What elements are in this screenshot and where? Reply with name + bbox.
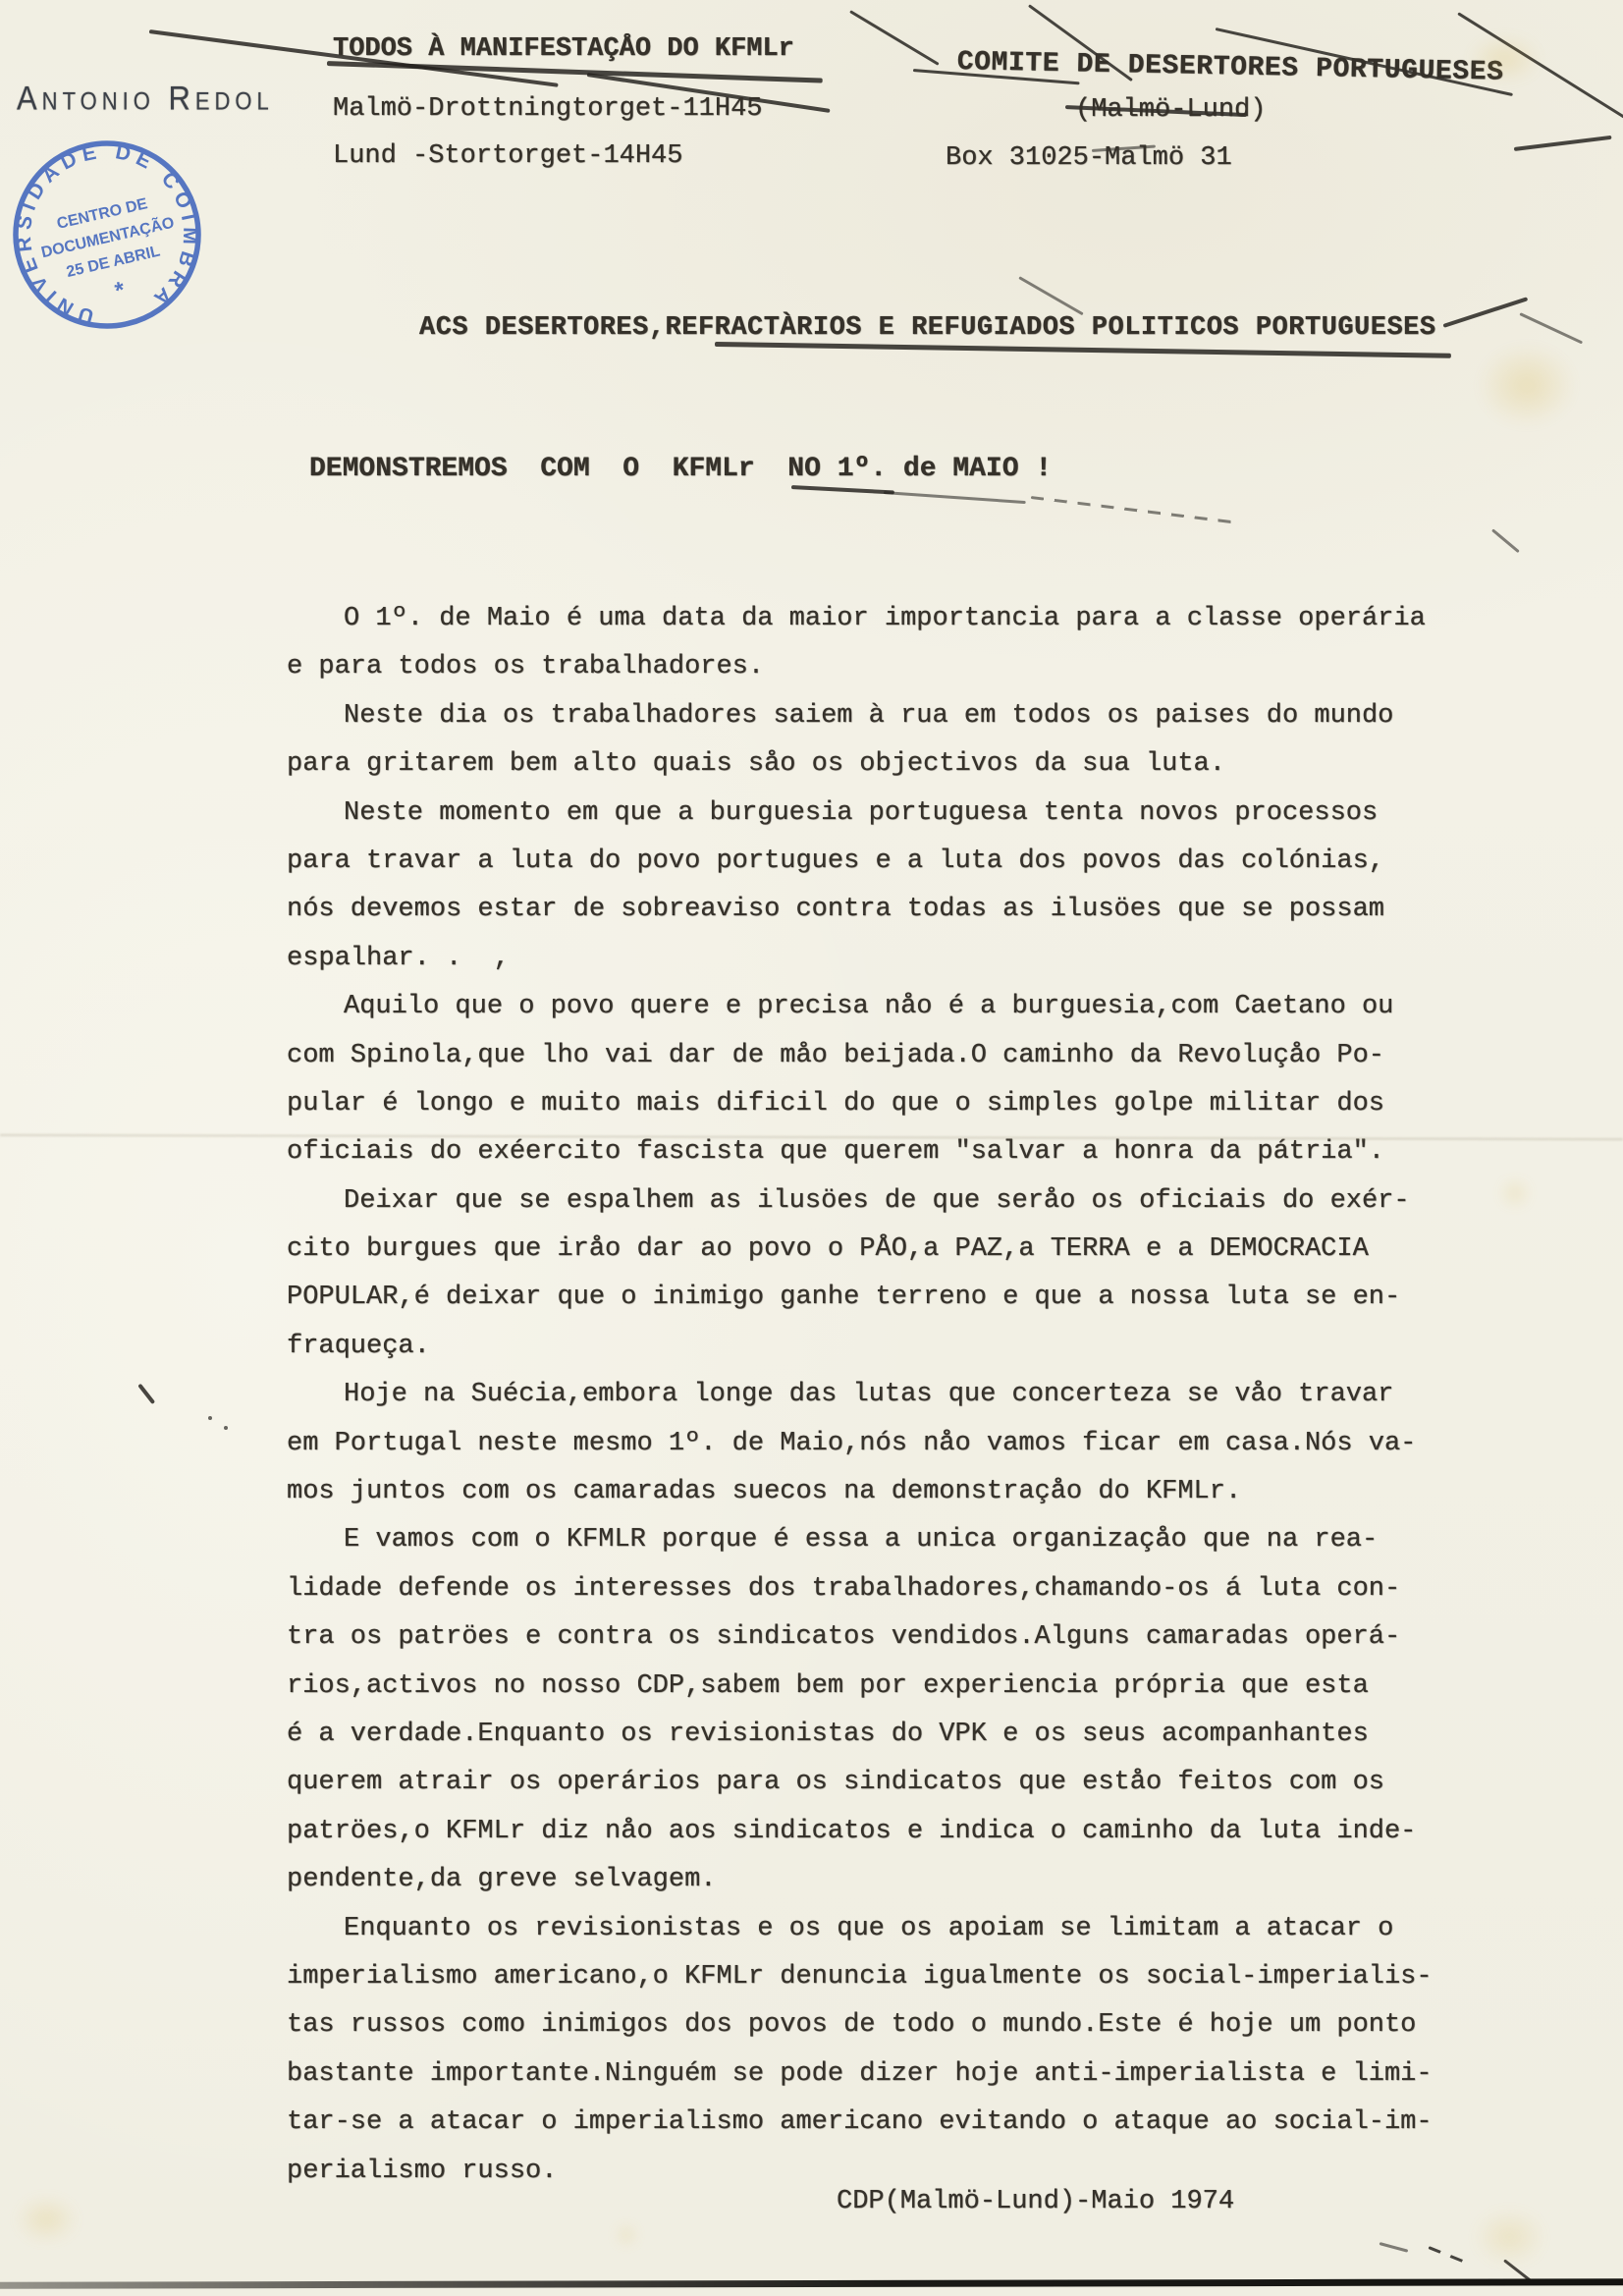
body-line: cito burgues que iråo dar ao povo o PÅO,… <box>287 1226 1524 1274</box>
stain <box>15 2195 79 2244</box>
body-line: O 1º. de Maio é uma data da maior import… <box>287 595 1524 643</box>
stain <box>1468 34 1542 83</box>
body-line: Enquanto os revisionistas e os que os ap… <box>287 1905 1524 1953</box>
campaign-title: TODOS À MANIFESTAÇÅO DO KFMLr <box>333 33 794 65</box>
body-line: lidade defende os interesses dos trabalh… <box>287 1565 1524 1613</box>
body-line: Neste dia os trabalhadores saiem à rua e… <box>287 692 1524 740</box>
body-line: para gritarem bem alto quais såo os obje… <box>287 740 1524 789</box>
body-line: Deixar que se espalhem as ilusöes de que… <box>287 1177 1524 1226</box>
subheading-underline <box>791 485 894 494</box>
scratch-mark <box>1514 136 1612 151</box>
body-line: POPULAR,é deixar que o inimigo ganhe ter… <box>287 1274 1524 1322</box>
body-line: tra os patröes e contra os sindicatos ve… <box>287 1613 1524 1662</box>
stamp-center-asterisk: * <box>113 277 129 305</box>
committee-name: COMITE DE DESERTORES PORTUGUESES <box>956 47 1503 89</box>
body-line: fraqueça. <box>287 1323 1524 1371</box>
body-line: Neste momento em que a burguesia portugu… <box>287 790 1524 838</box>
scanned-leaflet-page: Antonio Redol UNIVERSIDADE DE COIMBRA CE… <box>0 0 1623 2296</box>
scratch-mark <box>1031 496 1236 523</box>
stain <box>617 2225 636 2245</box>
body-text: O 1º. de Maio é uma data da maior import… <box>287 595 1524 2196</box>
stain <box>1500 1178 1530 1208</box>
body-line: para travar a luta do povo portugues e a… <box>287 838 1524 886</box>
body-line: pular é longo e muito mais dificil do qu… <box>287 1080 1524 1128</box>
body-line: querem atrair os operários para os sindi… <box>287 1759 1524 1807</box>
body-line: Aquilo que o povo quere e precisa nåo é … <box>287 983 1524 1031</box>
body-line: em Portugal neste mesmo 1º. de Maio,nós … <box>287 1420 1524 1468</box>
stain <box>1478 344 1576 427</box>
body-line: tas russos como inimigos dos povos de to… <box>287 2001 1524 2050</box>
body-line: patröes,o KFMLr diz nåo aos sindicatos e… <box>287 1808 1524 1856</box>
scratch-mark <box>1380 2242 1409 2252</box>
ink-dot <box>224 1426 228 1430</box>
body-line: bastante importante.Ninguém se pode dize… <box>287 2050 1524 2099</box>
body-line: e para todos os trabalhadores. <box>287 643 1524 691</box>
scratch-mark <box>849 10 939 65</box>
body-line: imperialismo americano,o KFMLr denuncia … <box>287 1953 1524 2001</box>
archive-round-stamp: UNIVERSIDADE DE COIMBRA CENTRO DE DOCUME… <box>8 128 206 342</box>
body-line: tar-se a atacar o imperialismo americano… <box>287 2099 1524 2147</box>
heading-underline <box>715 342 1451 358</box>
campaign-venue-2: Lund -Stortorget-14H45 <box>333 140 682 172</box>
bottom-scan-edge <box>0 2278 1623 2288</box>
signature-line: CDP(Malmö-Lund)-Maio 1974 <box>837 2186 1234 2217</box>
body-line: espalhar. . , <box>287 935 1524 983</box>
body-line: E vamos com o KFMLR porque é essa a unic… <box>287 1516 1524 1564</box>
owner-name-stamp: Antonio Redol <box>17 79 274 118</box>
body-line: mos juntos com os camaradas suecos na de… <box>287 1468 1524 1516</box>
scratch-mark <box>138 1384 156 1404</box>
scratch-mark <box>1428 2246 1467 2265</box>
ink-dot <box>208 1416 212 1420</box>
scratch-mark <box>1018 276 1083 315</box>
body-line: rios,activos no nosso CDP,sabem bem por … <box>287 1663 1524 1711</box>
scratch-mark <box>1442 297 1528 327</box>
body-line: nós devemos estar de sobreaviso contra t… <box>287 886 1524 934</box>
page-subheading: DEMONSTREMOS COM O KFMLr NO 1º. de MAIO … <box>309 454 1052 485</box>
committee-location: (Malmö-Lund) <box>1075 94 1266 126</box>
stain <box>1473 2208 1546 2267</box>
scratch-mark <box>884 491 1026 504</box>
scratch-mark <box>1491 528 1520 553</box>
campaign-venue-1: Malmö-Drottningtorget-11H45 <box>333 93 762 125</box>
body-line: com Spinola,que lho vai dar de måo beija… <box>287 1032 1524 1080</box>
committee-address: Box 31025-Malmö 31 <box>946 142 1232 174</box>
page-heading: ACS DESERTORES,REFRACTÀRIOS E REFUGIADOS… <box>419 312 1436 344</box>
body-line: é a verdade.Enquanto os revisionistas do… <box>287 1711 1524 1759</box>
body-line: Hoje na Suécia,embora longe das lutas qu… <box>287 1371 1524 1419</box>
body-line: pendente,da greve selvagem. <box>287 1856 1524 1904</box>
scratch-mark <box>1519 312 1583 344</box>
